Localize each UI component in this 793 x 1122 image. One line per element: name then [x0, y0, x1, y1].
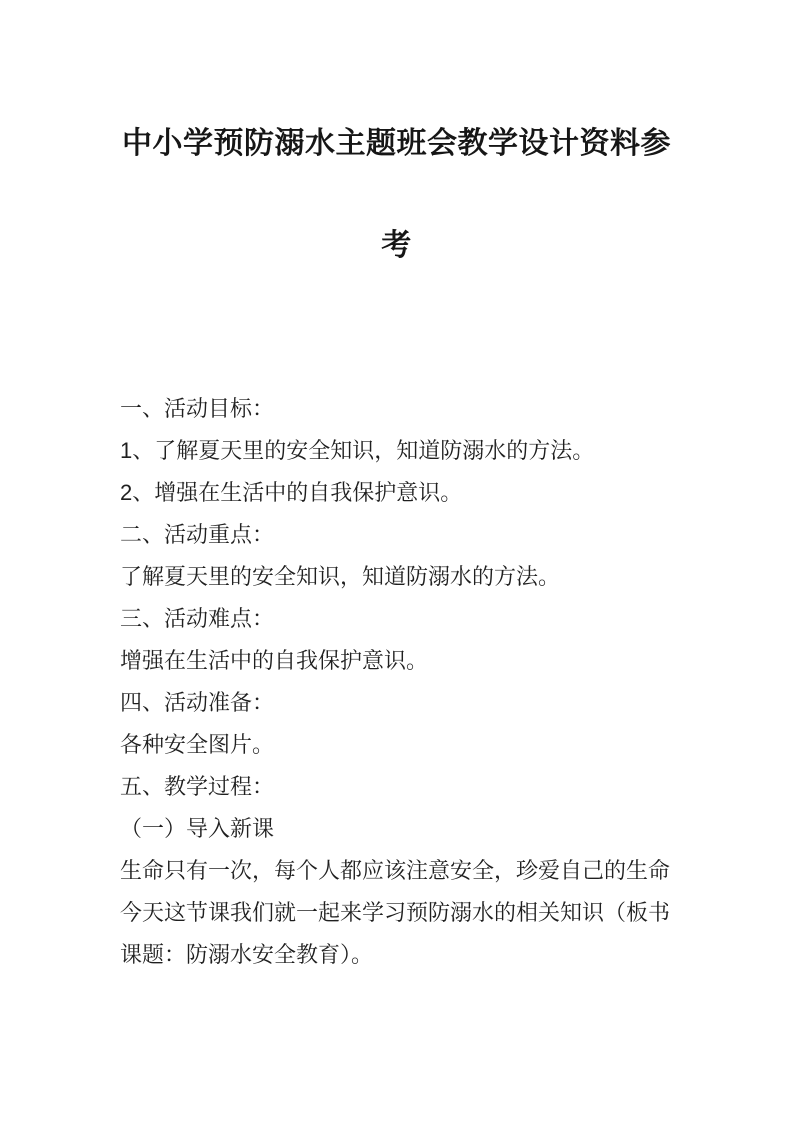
body-line-paragraph-1: 生命只有一次，每个人都应该注意安全，珍爱自己的生命: [120, 850, 676, 892]
body-line-section-intro: （一）导入新课: [120, 808, 676, 850]
document-body: 一、活动目标： 1、了解夏天里的安全知识，知道防溺水的方法。 2、增强在生活中的…: [120, 388, 676, 976]
document-title-line-1: 中小学预防溺水主题班会教学设计资料参: [0, 0, 793, 161]
body-line-paragraph-2: 今天这节课我们就一起来学习预防溺水的相关知识（板书: [120, 892, 676, 934]
body-line-goal-1: 1、了解夏天里的安全知识，知道防溺水的方法。: [120, 430, 676, 472]
body-line-goal-2: 2、增强在生活中的自我保护意识。: [120, 472, 676, 514]
document-title-line-2: 考: [0, 229, 793, 263]
body-line-paragraph-3: 课题：防溺水安全教育）。: [120, 934, 676, 976]
body-line-heading-difficulty: 三、活动难点：: [120, 598, 676, 640]
body-line-heading-key-point: 二、活动重点：: [120, 514, 676, 556]
document-title: 中小学预防溺水主题班会教学设计资料参 考: [0, 0, 793, 263]
body-line-difficulty-text: 增强在生活中的自我保护意识。: [120, 640, 676, 682]
document-page: 中小学预防溺水主题班会教学设计资料参 考 一、活动目标： 1、了解夏天里的安全知…: [0, 0, 793, 1122]
body-line-heading-process: 五、教学过程：: [120, 766, 676, 808]
body-line-heading-preparation: 四、活动准备：: [120, 682, 676, 724]
body-line-key-point-text: 了解夏天里的安全知识，知道防溺水的方法。: [120, 556, 676, 598]
body-line-preparation-text: 各种安全图片。: [120, 724, 676, 766]
body-line-heading-goals: 一、活动目标：: [120, 388, 676, 430]
